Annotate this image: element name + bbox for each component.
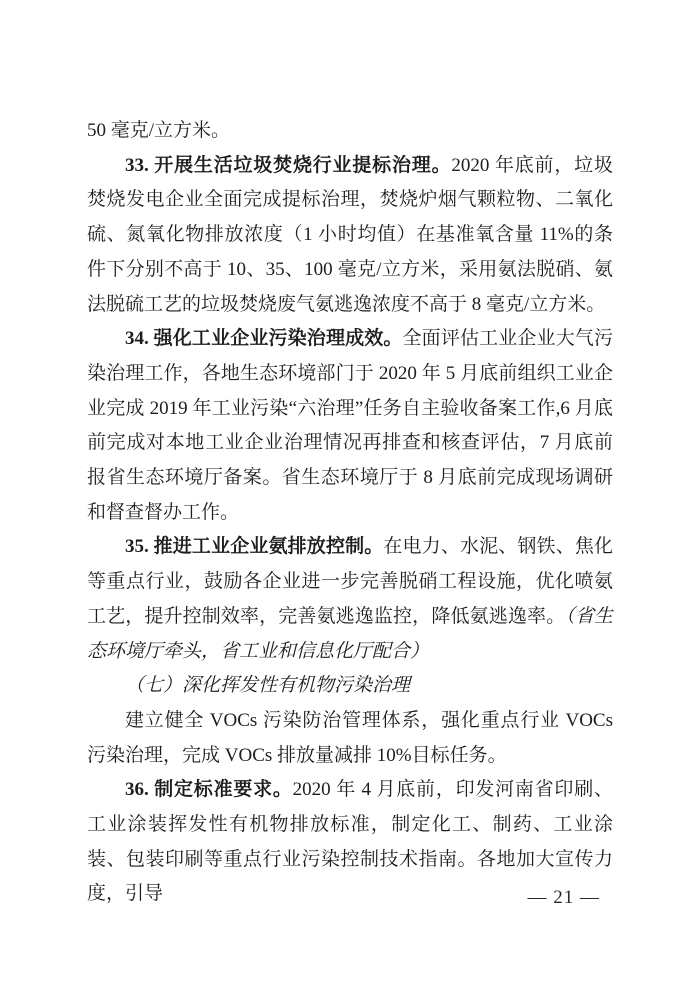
item-34-heading: 34. 强化工业企业污染治理成效。 <box>125 328 403 349</box>
item-35-heading: 35. 推进工业企业氨排放控制。 <box>125 536 383 557</box>
paragraph-item-35: 35. 推进工业企业氨排放控制。在电力、水泥、钢铁、焦化等重点行业，鼓励各企业进… <box>87 530 613 669</box>
text-segment: 50 毫克/立方米。 <box>87 120 230 141</box>
document-page: 50 毫克/立方米。 33. 开展生活垃圾焚烧行业提标治理。2020 年底前，垃… <box>0 0 700 989</box>
text-segment: 2020 年底前，垃圾焚烧发电企业全面完成提标治理，焚烧炉烟气颗粒物、二氧化硫、… <box>87 155 613 315</box>
paragraph-item-33: 33. 开展生活垃圾焚烧行业提标治理。2020 年底前，垃圾焚烧发电企业全面完成… <box>87 149 613 323</box>
paragraph-section-7-heading: （七）深化挥发性有机物污染治理 <box>87 669 613 704</box>
paragraph-item-34: 34. 强化工业企业污染治理成效。全面评估工业企业大气污染治理工作，各地生态环境… <box>87 322 613 530</box>
document-content: 50 毫克/立方米。 33. 开展生活垃圾焚烧行业提标治理。2020 年底前，垃… <box>87 114 613 912</box>
paragraph-continuation: 50 毫克/立方米。 <box>87 114 613 149</box>
page-footer: — 21 — <box>528 886 601 910</box>
paragraph-vocs-overview: 建立健全 VOCs 污染防治管理体系，强化重点行业 VOCs 污染治理，完成 V… <box>87 704 613 773</box>
section-7-heading: （七）深化挥发性有机物污染治理 <box>125 675 410 696</box>
item-33-heading: 33. 开展生活垃圾焚烧行业提标治理。 <box>125 155 451 176</box>
item-36-heading: 36. 制定标准要求。 <box>125 779 293 800</box>
text-segment: 建立健全 VOCs 污染防治管理体系，强化重点行业 VOCs 污染治理，完成 V… <box>87 710 613 766</box>
text-segment: 全面评估工业企业大气污染治理工作，各地生态环境部门于 2020 年 5 月底前组… <box>87 328 613 523</box>
page-number: — 21 — <box>528 887 601 908</box>
